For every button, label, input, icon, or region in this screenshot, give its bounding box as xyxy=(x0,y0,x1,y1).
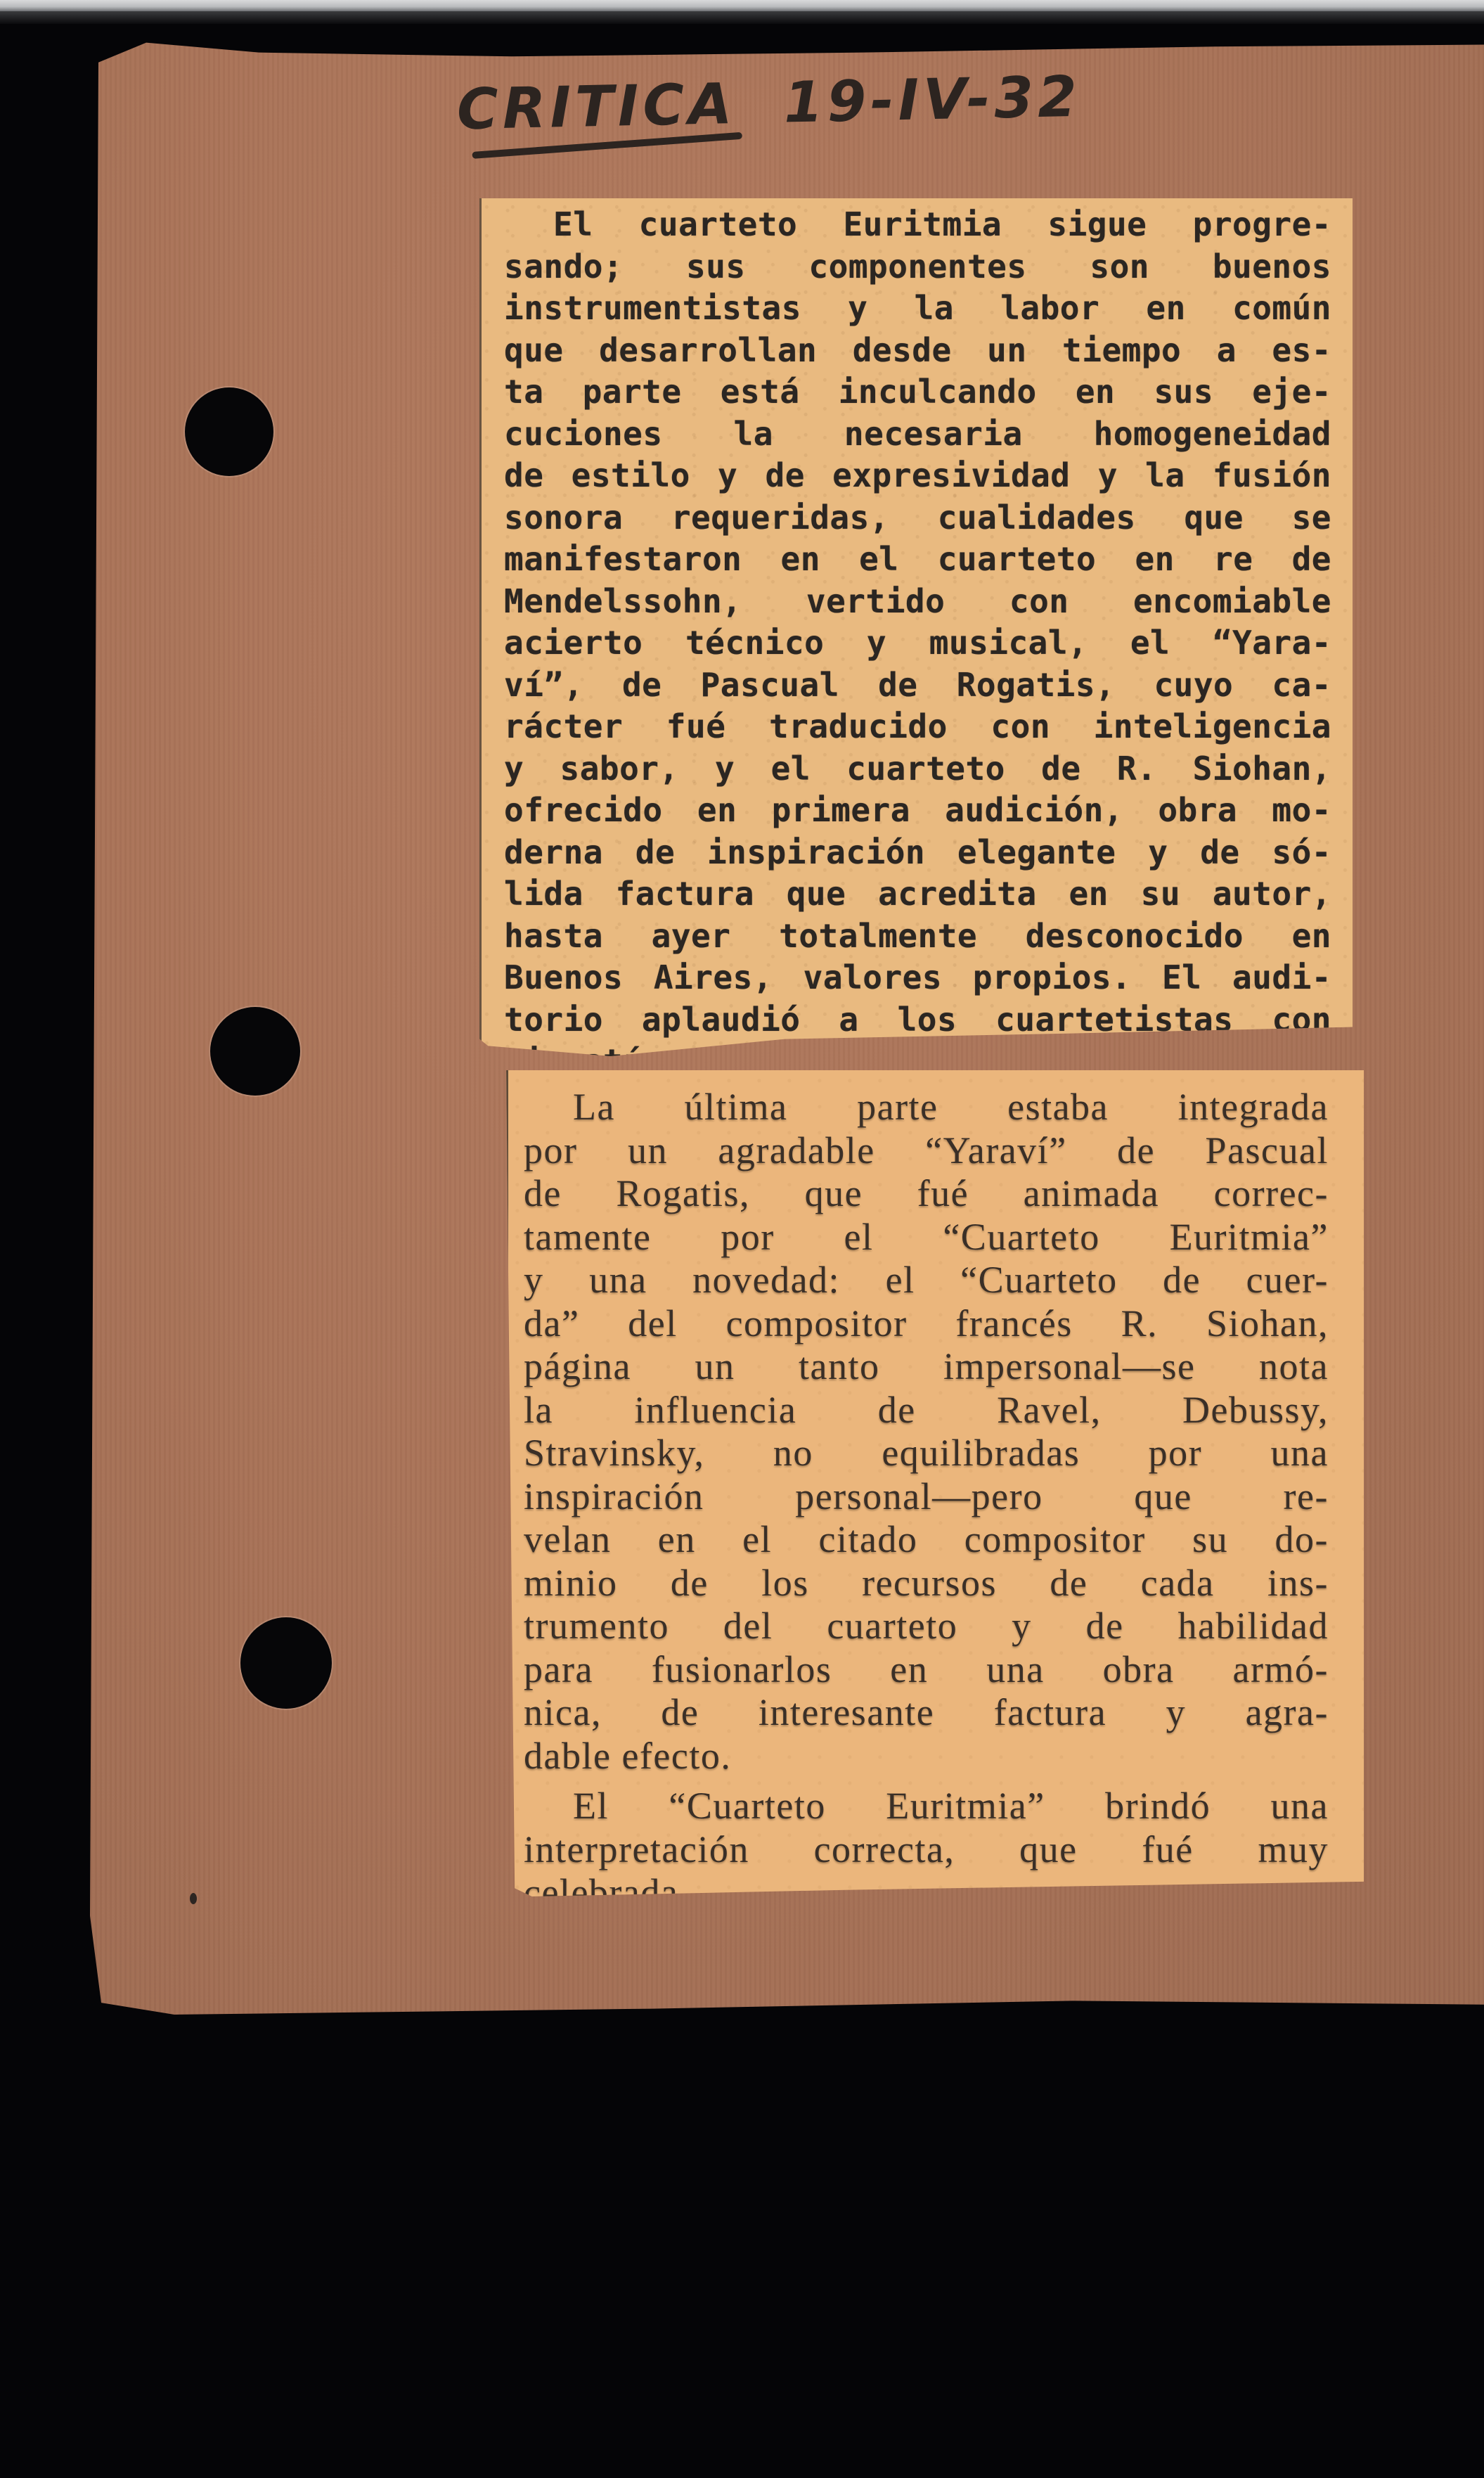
clipping-line: sonora requeridas, cualidades que se xyxy=(504,497,1331,539)
handwritten-annotation: CRITICA 19-IV-32 xyxy=(456,64,1082,143)
clipping-line: y una novedad: el “Cuarteto de cuer- xyxy=(524,1259,1329,1302)
clipping-line: velan en el citado compositor su do- xyxy=(524,1518,1329,1562)
clipping-line: hasta ayer totalmente desconocido en xyxy=(504,916,1331,958)
clipping-line: manifestaron en el cuarteto en re de xyxy=(504,539,1331,581)
annotation-source: CRITICA xyxy=(456,71,737,142)
clipping-line: interpretación correcta, que fué muy xyxy=(524,1828,1329,1872)
paragraph-gap xyxy=(524,1778,1329,1785)
clipping-line: Mendelssohn, vertido con encomiable xyxy=(504,581,1331,623)
clipping-line: El cuarteto Euritmia sigue progre- xyxy=(504,204,1331,246)
clipping-line: cuciones la necesaria homogeneidad xyxy=(504,413,1331,456)
clipping-line: Stravinsky, no equilibradas por una xyxy=(524,1432,1329,1475)
newspaper-clipping-2: La última parte estaba integrada por un … xyxy=(506,1070,1364,1896)
annotation-date: 19-IV-32 xyxy=(783,64,1082,136)
clipping-line: de Rogatis, que fué animada correc- xyxy=(524,1172,1329,1216)
clipping-line: de estilo y de expresividad y la fusión xyxy=(504,455,1331,497)
newspaper-clipping-1: El cuarteto Euritmia sigue progre- sando… xyxy=(479,198,1353,1056)
binder-hole-top xyxy=(185,387,273,476)
clipping-line: nica, de interesante factura y agra- xyxy=(524,1691,1329,1735)
binder-hole-middle xyxy=(210,1007,300,1096)
clipping-line: sando; sus componentes son buenos xyxy=(504,246,1331,288)
clipping-line: instrumentistas y la labor en común xyxy=(504,288,1331,330)
clipping-line: la influencia de Ravel, Debussy, xyxy=(524,1389,1329,1432)
clipping-line: y sabor, y el cuarteto de R. Siohan, xyxy=(504,748,1331,790)
clipping-line: tamente por el “Cuarteto Euritmia” xyxy=(524,1216,1329,1259)
clipping-line: da” del compositor francés R. Siohan, xyxy=(524,1302,1329,1346)
scanner-edge-strip xyxy=(0,0,1484,11)
clipping-line: página un tanto impersonal—se nota xyxy=(524,1345,1329,1389)
clipping-line: El “Cuarteto Euritmia” brindó una xyxy=(524,1785,1329,1828)
clipping-line: ví”, de Pascual de Rogatis, cuyo ca- xyxy=(504,665,1331,707)
clipping-line: Buenos Aires, valores propios. El audi- xyxy=(504,957,1331,999)
binder-hole-bottom xyxy=(240,1617,332,1709)
clipping-line: inspiración personal—pero que re- xyxy=(524,1475,1329,1519)
clipping-line: minio de los recursos de cada ins- xyxy=(524,1562,1329,1605)
clipping-line: La última parte estaba integrada xyxy=(524,1086,1329,1129)
board-speck xyxy=(190,1893,197,1904)
clipping-line: por un agradable “Yaraví” de Pascual xyxy=(524,1129,1329,1173)
clipping-line: dable efecto. xyxy=(524,1735,1329,1778)
clipping-line: para fusionarlos en una obra armó- xyxy=(524,1648,1329,1692)
clipping-line: ta parte está inculcando en sus eje- xyxy=(504,371,1331,413)
clipping-line: ofrecido en primera audición, obra mo- xyxy=(504,790,1331,832)
clipping-line: derna de inspiración elegante y de só- xyxy=(504,832,1331,874)
clipping-line: trumento del cuarteto y de habilidad xyxy=(524,1605,1329,1648)
scanner-edge-shadow xyxy=(0,11,1484,24)
clipping-line: acierto técnico y musical, el “Yara- xyxy=(504,622,1331,665)
clipping-line: rácter fué traducido con inteligencia xyxy=(504,706,1331,748)
clipping-line: lida factura que acredita en su autor, xyxy=(504,873,1331,916)
clipping-line: que desarrollan desde un tiempo a es- xyxy=(504,330,1331,372)
